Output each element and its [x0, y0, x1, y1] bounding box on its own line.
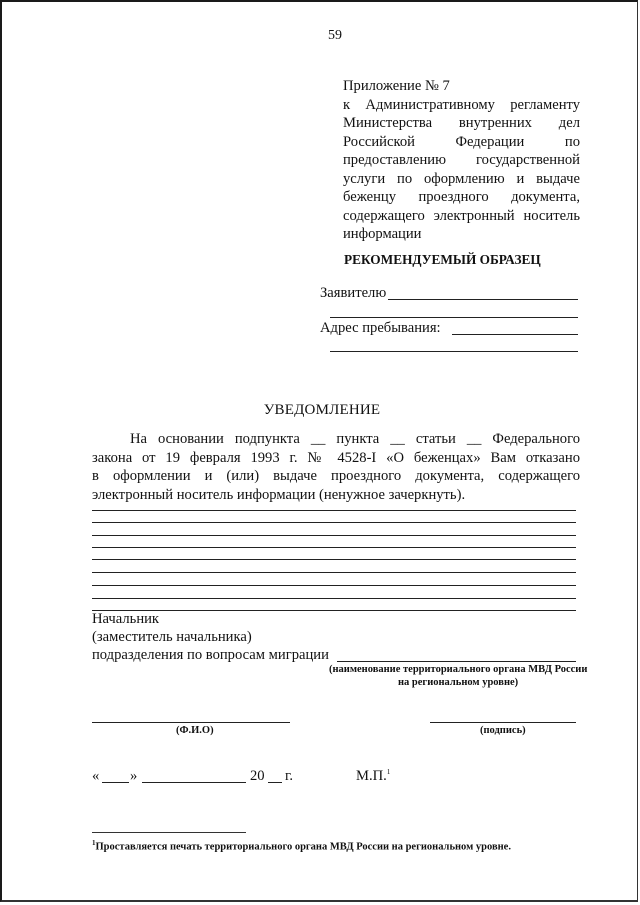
applicant-field[interactable]: [388, 299, 578, 300]
signatory-department: подразделения по вопросам миграции: [92, 647, 329, 664]
appendix-line: информации: [343, 225, 580, 244]
notice-body-line: электронный носитель информации (ненужно…: [92, 486, 580, 505]
date-day-field[interactable]: [102, 782, 129, 783]
reason-line[interactable]: [92, 585, 576, 586]
reason-line[interactable]: [92, 510, 576, 511]
notice-body-line: На основании подпункта __ пункта __ стат…: [92, 430, 580, 449]
footnote-text: Проставляется печать территориального ор…: [96, 842, 511, 853]
reason-line[interactable]: [92, 559, 576, 560]
footnote-separator: [92, 832, 246, 833]
org-caption-line2: на региональном уровне): [398, 677, 518, 688]
appendix-line: к Административному регламенту: [343, 96, 580, 115]
footnote: 1Проставляется печать территориального о…: [92, 839, 511, 853]
appendix-line: Приложение № 7: [343, 77, 580, 96]
address-field[interactable]: [452, 334, 578, 335]
reason-line[interactable]: [92, 598, 576, 599]
address-label: Адрес пребывания:: [320, 320, 441, 337]
notice-title: УВЕДОМЛЕНИЕ: [2, 402, 640, 419]
notice-body-line: закона от 19 февраля 1993 г. № 4528-I «О…: [92, 449, 580, 468]
notice-body: На основании подпункта __ пункта __ стат…: [92, 430, 580, 504]
org-name-field[interactable]: [337, 661, 576, 662]
document-page: 59 Приложение № 7 к Административному ре…: [0, 0, 638, 902]
address-field-line2[interactable]: [330, 351, 578, 352]
reason-line[interactable]: [92, 572, 576, 573]
appendix-line: беженцу проездного документа,: [343, 188, 580, 207]
applicant-field-line2[interactable]: [330, 317, 578, 318]
reason-line[interactable]: [92, 535, 576, 536]
reason-line[interactable]: [92, 547, 576, 548]
date-close-quote: »: [130, 768, 137, 785]
signatory-subtitle: (заместитель начальника): [92, 629, 252, 646]
reason-line[interactable]: [92, 522, 576, 523]
signatory-title: Начальник: [92, 611, 159, 628]
appendix-line: содержащего электронный носитель: [343, 207, 580, 226]
appendix-line: Российской Федерации по: [343, 133, 580, 152]
fio-field[interactable]: [92, 722, 290, 723]
date-month-field[interactable]: [142, 782, 246, 783]
reason-line[interactable]: [92, 610, 576, 611]
appendix-line: услуги по оформлению и выдаче: [343, 170, 580, 189]
appendix-line: Министерства внутренних дел: [343, 114, 580, 133]
signature-caption: (подпись): [480, 725, 526, 736]
date-year-field[interactable]: [268, 782, 282, 783]
notice-body-line: в оформлении и (или) выдаче проездного д…: [92, 467, 580, 486]
page-number: 59: [328, 28, 342, 44]
date-year-suffix: г.: [285, 768, 293, 785]
sample-label: РЕКОМЕНДУЕМЫЙ ОБРАЗЕЦ: [344, 252, 541, 268]
applicant-label: Заявителю: [320, 285, 386, 302]
stamp-label-text: М.П.: [356, 768, 387, 784]
appendix-header: Приложение № 7 к Административному регла…: [343, 77, 580, 244]
date-open-quote: «: [92, 768, 99, 785]
stamp-footnote-mark: 1: [387, 768, 391, 776]
org-caption-line1: (наименование территориального органа МВ…: [329, 664, 587, 675]
date-year-prefix: 20: [250, 768, 265, 785]
appendix-line: предоставлению государственной: [343, 151, 580, 170]
fio-caption: (Ф.И.О): [176, 725, 214, 736]
signature-field[interactable]: [430, 722, 576, 723]
stamp-label: М.П.1: [356, 768, 390, 785]
